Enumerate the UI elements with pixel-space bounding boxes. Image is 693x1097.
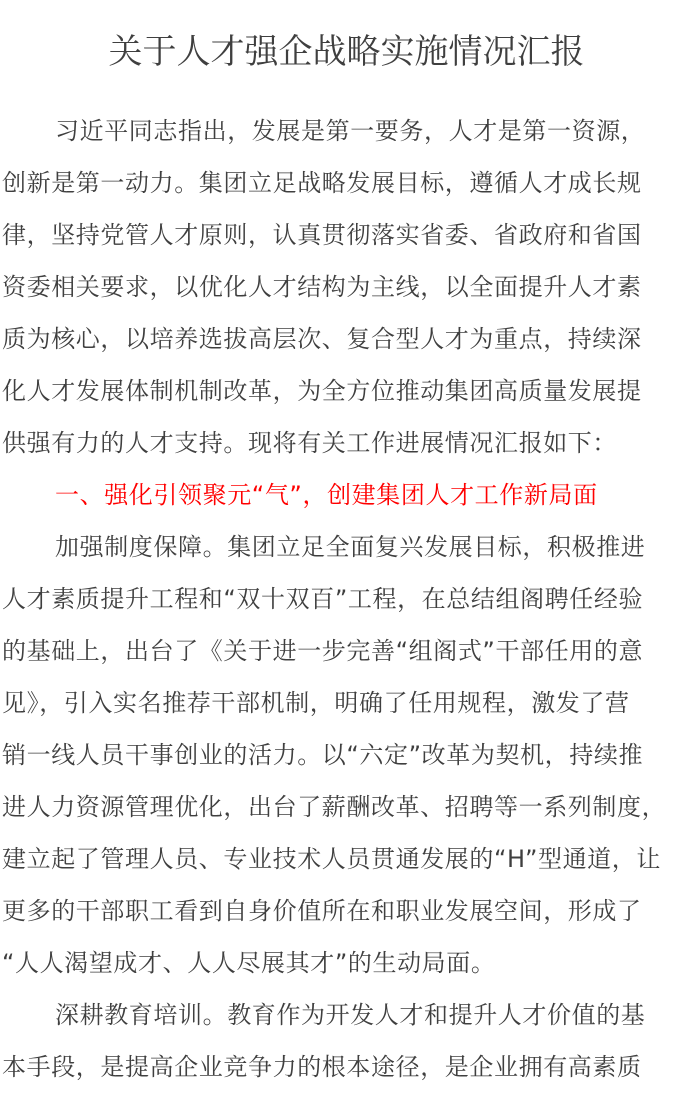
paragraph-training-line-1: 深耕教育培训。教育作为开发人才和提升人才价值的基: [0, 989, 693, 1041]
paragraph-training-line-2: 本手段，是提高企业竞争力的根本途径，是企业拥有高素质: [0, 1041, 693, 1093]
paragraph-intro-line-4: 资委相关要求，以优化人才结构为主线，以全面提升人才素: [0, 261, 693, 313]
paragraph-intro-line-7: 供强有力的人才支持。现将有关工作进展情况汇报如下：: [0, 417, 693, 469]
paragraph-system-line-3: 的基础上，出台了《关于进一步完善“组阁式”干部任用的意: [0, 625, 693, 677]
paragraph-system-line-6: 进人力资源管理优化，出台了薪酬改革、招聘等一系列制度，: [0, 781, 693, 833]
document-body: 习近平同志指出，发展是第一要务，人才是第一资源， 创新是第一动力。集团立足战略发…: [0, 105, 693, 1093]
paragraph-intro-line-6: 化人才发展体制机制改革，为全方位推动集团高质量发展提: [0, 365, 693, 417]
paragraph-intro-line-3: 律，坚持党管人才原则，认真贯彻落实省委、省政府和省国: [0, 209, 693, 261]
document-title: 关于人才强企战略实施情况汇报: [0, 30, 693, 74]
paragraph-system-line-8: 更多的干部职工看到自身价值所在和职业发展空间，形成了: [0, 885, 693, 937]
paragraph-intro-line-2: 创新是第一动力。集团立足战略发展目标，遵循人才成长规: [0, 157, 693, 209]
paragraph-system-line-5: 销一线人员干事创业的活力。以“六定”改革为契机，持续推: [0, 729, 693, 781]
paragraph-intro-line-5: 质为核心，以培养选拔高层次、复合型人才为重点，持续深: [0, 313, 693, 365]
section-heading-1: 一、强化引领聚元“气”，创建集团人才工作新局面: [0, 469, 693, 521]
paragraph-system-line-4: 见》，引入实名推荐干部机制，明确了任用规程，激发了营: [0, 677, 693, 729]
paragraph-system-line-9: “人人渴望成才、人人尽展其才”的生动局面。: [0, 937, 693, 989]
paragraph-system-line-1: 加强制度保障。集团立足全面复兴发展目标，积极推进: [0, 521, 693, 573]
paragraph-system-line-7: 建立起了管理人员、专业技术人员贯通发展的“H”型通道，让: [0, 833, 693, 885]
paragraph-system-line-2: 人才素质提升工程和“双十双百”工程，在总结组阁聘任经验: [0, 573, 693, 625]
paragraph-intro-line-1: 习近平同志指出，发展是第一要务，人才是第一资源，: [0, 105, 693, 157]
